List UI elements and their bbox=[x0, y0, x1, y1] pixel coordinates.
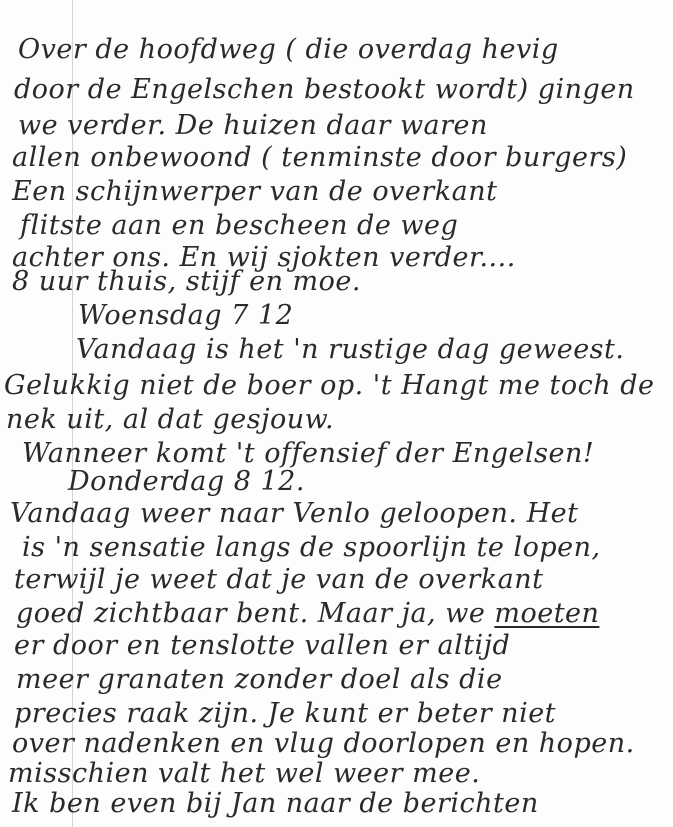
text-line: Ik ben even bij Jan naar de berichten bbox=[12, 788, 539, 819]
text-line: er door en tenslotte vallen er altijd bbox=[14, 630, 510, 661]
text-line: 8 uur thuis, stijf en moe. bbox=[12, 266, 361, 297]
text-line: Wanneer komt 't offensief der Engelsen! bbox=[22, 438, 594, 469]
text-line: misschien valt het wel weer mee. bbox=[8, 758, 480, 789]
text-line: terwijl je weet dat je van de overkant bbox=[14, 564, 544, 595]
text-line: Over de hoofdweg ( die overdag hevig bbox=[18, 34, 559, 65]
date-heading: Donderdag 8 12. bbox=[68, 466, 305, 497]
underlined-word: moeten bbox=[494, 598, 599, 629]
date-heading: Woensdag 7 12 bbox=[78, 300, 293, 331]
text-line: Gelukkig niet de boer op. 't Hangt me to… bbox=[4, 370, 655, 401]
diary-page: Over de hoofdweg ( die overdag hevig doo… bbox=[0, 0, 673, 827]
text-line: Een schijnwerper van de overkant bbox=[12, 176, 497, 207]
text-segment: goed zichtbaar bent. Maar ja, we bbox=[16, 598, 494, 629]
text-line: precies raak zijn. Je kunt er beter niet bbox=[14, 698, 556, 729]
text-line: door de Engelschen bestookt wordt) ginge… bbox=[14, 74, 635, 105]
text-line: allen onbewoond ( tenminste door burgers… bbox=[12, 142, 627, 173]
text-line: flitste aan en bescheen de weg bbox=[20, 210, 458, 241]
text-line: goed zichtbaar bent. Maar ja, we moeten bbox=[16, 598, 599, 629]
text-line: meer granaten zonder doel als die bbox=[16, 664, 503, 695]
text-line: over nadenken en vlug doorlopen en hopen… bbox=[12, 728, 635, 759]
text-line: Vandaag weer naar Venlo geloopen. Het bbox=[10, 498, 578, 529]
text-line: is 'n sensatie langs de spoorlijn te lop… bbox=[22, 532, 601, 563]
text-line: we verder. De huizen daar waren bbox=[18, 110, 488, 141]
text-line: nek uit, al dat gesjouw. bbox=[6, 404, 334, 435]
text-line: Vandaag is het 'n rustige dag geweest. bbox=[76, 334, 624, 365]
